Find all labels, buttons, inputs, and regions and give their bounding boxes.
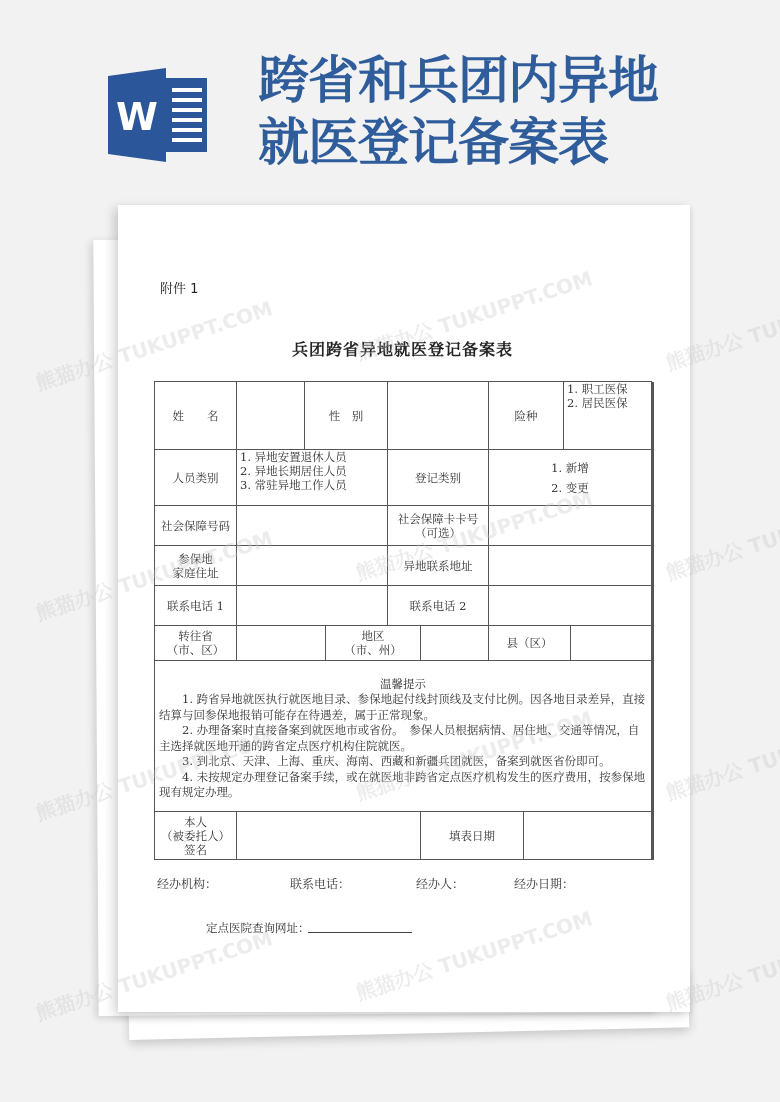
- hospital-query-url-label: 定点医院查询网址：: [206, 920, 310, 936]
- county-label: 县（区）: [488, 625, 571, 661]
- notice-item-1: 1. 跨省异地就医执行就医地目录、参保地起付线封顶线及支付比例。因各地目录差异，…: [159, 692, 647, 723]
- province-label-line1: 转往省: [178, 629, 213, 643]
- social-security-number-label: 社会保障号码: [154, 505, 237, 546]
- notice-item-2: 2. 办理备案时直接备案到就医地市或省份。 参保人员根据病情、居住地、交通等情况…: [159, 723, 647, 754]
- registration-option-2[interactable]: 2. 变更: [551, 481, 589, 495]
- home-address-label: 参保地 家庭住址: [154, 545, 237, 586]
- social-security-card-label-text: 社会保障卡卡号: [398, 512, 479, 526]
- title-line-1: 跨省和兵团内异地: [258, 50, 728, 112]
- registration-type-options[interactable]: 1. 新增 2. 变更: [488, 449, 652, 506]
- province-label: 转往省 （市、区）: [154, 625, 237, 661]
- social-security-number-input[interactable]: [236, 505, 388, 546]
- region-input[interactable]: [420, 625, 489, 661]
- signature-label: 本人 （被委托人） 签名: [154, 811, 237, 860]
- person-category-option-3[interactable]: 3. 常驻异地工作人员: [240, 478, 347, 492]
- signature-input[interactable]: [236, 811, 421, 860]
- form-title: 兵团跨省异地就医登记备案表: [292, 337, 513, 360]
- insurance-option-2[interactable]: 2. 居民医保: [567, 396, 628, 410]
- province-input[interactable]: [236, 625, 326, 661]
- insurance-type-label: 险种: [488, 381, 564, 450]
- notice-item-3: 3. 到北京、天津、上海、重庆、海南、西藏和新疆兵团就医，备案到就医省份即可。: [159, 754, 647, 770]
- region-label: 地区 （市、州）: [325, 625, 421, 661]
- optional-note: （可选）: [415, 526, 461, 540]
- province-label-line2: （市、区）: [167, 643, 225, 657]
- social-security-card-input[interactable]: [488, 505, 652, 546]
- hospital-query-url-field[interactable]: [308, 932, 412, 933]
- name-input[interactable]: [236, 381, 305, 450]
- page-title: 跨省和兵团内异地 就医登记备案表: [258, 50, 728, 174]
- home-address-label-line1: 参保地: [178, 552, 213, 566]
- handling-date-label: 经办日期：: [514, 875, 574, 892]
- insurance-option-1[interactable]: 1. 职工医保: [567, 382, 628, 396]
- notice-title: 温馨提示: [159, 677, 647, 691]
- person-category-options[interactable]: 1. 异地安置退休人员 2. 异地长期居住人员 3. 常驻异地工作人员: [236, 449, 388, 506]
- registration-option-1[interactable]: 1. 新增: [551, 461, 589, 475]
- notice-item-4: 4. 未按规定办理登记备案手续，或在就医地非跨省定点医疗机构发生的医疗费用，按参…: [159, 770, 647, 801]
- person-category-option-2[interactable]: 2. 异地长期居住人员: [240, 464, 347, 478]
- signature-label-line1: 本人: [184, 815, 207, 829]
- person-category-label: 人员类别: [154, 449, 237, 506]
- remote-address-label: 异地联系地址: [387, 545, 489, 586]
- region-label-line2: （市、州）: [344, 643, 402, 657]
- person-category-option-1[interactable]: 1. 异地安置退休人员: [240, 450, 347, 464]
- signature-label-line2: （被委托人）: [161, 829, 230, 843]
- contact-phone-label: 联系电话：: [290, 875, 350, 892]
- name-label: 姓 名: [154, 381, 237, 450]
- phone1-label: 联系电话 1: [154, 585, 237, 626]
- handler-label: 经办人：: [416, 875, 464, 892]
- home-address-input[interactable]: [236, 545, 388, 586]
- insurance-type-options[interactable]: 1. 职工医保 2. 居民医保: [563, 381, 652, 450]
- registration-form-table: 姓 名 性 别 险种 1. 职工医保 2. 居民医保 人员类别 1. 异地安置退…: [155, 382, 654, 860]
- notice-section: 温馨提示 1. 跨省异地就医执行就医地目录、参保地起付线封顶线及支付比例。因各地…: [154, 660, 652, 812]
- signature-label-line3: 签名: [184, 843, 207, 857]
- fill-date-input[interactable]: [523, 811, 652, 860]
- word-document-icon: W: [108, 68, 208, 162]
- home-address-label-line2: 家庭住址: [173, 566, 219, 580]
- remote-address-input[interactable]: [488, 545, 652, 586]
- agency-label: 经办机构：: [157, 875, 217, 892]
- gender-input[interactable]: [387, 381, 489, 450]
- phone2-label: 联系电话 2: [387, 585, 489, 626]
- social-security-card-label: 社会保障卡卡号 （可选）: [387, 505, 489, 546]
- svg-text:W: W: [116, 95, 158, 139]
- gender-label: 性 别: [304, 381, 388, 450]
- registration-type-label: 登记类别: [387, 449, 489, 506]
- title-line-2: 就医登记备案表: [258, 112, 728, 174]
- region-label-line1: 地区: [362, 629, 385, 643]
- phone1-input[interactable]: [236, 585, 388, 626]
- phone2-input[interactable]: [488, 585, 652, 626]
- fill-date-label: 填表日期: [420, 811, 524, 860]
- attachment-label: 附件 1: [160, 278, 198, 297]
- county-input[interactable]: [570, 625, 652, 661]
